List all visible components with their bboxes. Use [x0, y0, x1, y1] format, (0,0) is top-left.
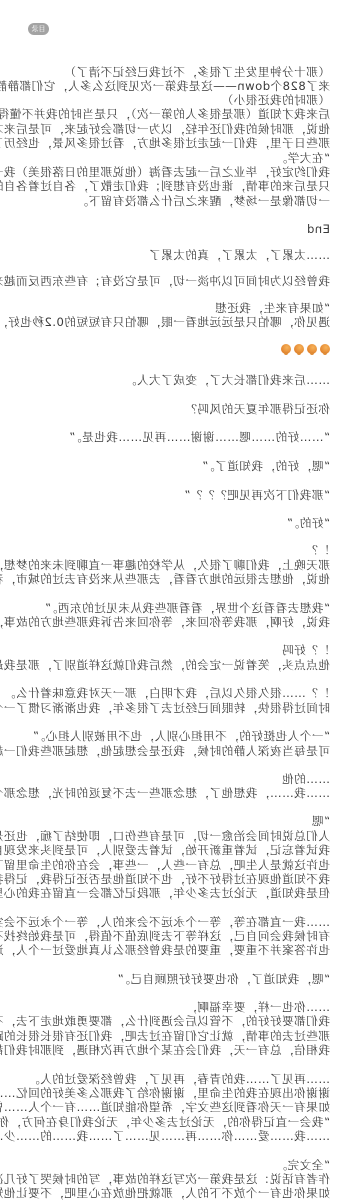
article-line: 人们总说时间会治愈一切，可是有些伤口，即使结了痂，也还是会隐隐作痛。	[0, 830, 330, 843]
article-line: 但是我知道，无论过去多少年，那段记忆都会一直留在我的心里，永远不会忘。	[0, 887, 330, 900]
article-line: “嗯，我知道了，你也要好好照顾自己。”	[117, 973, 330, 986]
article-line: ……后来我们都长大了，变成了大人。	[124, 374, 330, 387]
article-line: ……的他	[282, 773, 330, 786]
article-line: 他点点头，笑着说一定会的，然后我们就这样道别了，那是我最后一次见到他。	[0, 659, 330, 672]
article-line: 遇见你，哪怕只是远远地看一眼，哪怕只有短短的0.2秒也好，我也会很满足。	[0, 316, 330, 329]
article-line: 来了828个down——这是我第一次见到这么多人，它们都静静地排在那。	[0, 80, 330, 93]
article-line: “我会一直记得你的，无论过去多少年，无论我们身在何方，你都在我心里。”	[0, 1116, 330, 1129]
article-line: ……我一直都在等，等一个永远不会来的人，等一个永远不会实现的约定。	[0, 916, 330, 929]
article-line: 时间过得很快，转眼间已经过去了很多年，我也渐渐习惯了一个人的生活方式。	[0, 702, 330, 715]
article-line: （那十分钟里发生了很多，不过我已经记不清了）	[64, 66, 330, 79]
article-line: End	[306, 223, 330, 236]
article-line: 如果有一天你看到这些文字，希望你能知道……有一个人……曾经那样爱过你。	[0, 1101, 330, 1114]
article-line: “好的。”	[287, 517, 331, 530]
article-line: 他说，他想去很远的地方看看，去那些从来没有去过的城市，看看不一样的风景。	[0, 573, 330, 586]
article-line: 如果你也有一个放不下的人，那就把他放在心里吧，不要让他知道，就这样。	[0, 1187, 330, 1200]
article-line: ！？	[306, 544, 330, 557]
orange-emoji-icon	[307, 344, 317, 354]
article-line: ……我……爱……你……再……见……了……我……的……少……年……	[0, 1130, 330, 1143]
article-line: 那些日子里，我们一起走过很多地方，看过很多风景，也经历了很多的事情。	[0, 137, 330, 150]
article-line: 后来我才知道（那是很多人的第一次），只是当时的我并不懂得这些道理。	[0, 108, 330, 121]
article-line: “……好的……嗯……谢谢……再见……我也是。”	[69, 431, 330, 444]
article-line: “我想去看看这个世界，看看那些我从未见过的东西。”	[45, 602, 330, 615]
article-line: “那我们下次再见吧？？？”	[184, 489, 330, 502]
orange-emoji-icon	[281, 344, 291, 354]
article-line: 我们约定好，毕业之后一起去看海（他说那里的日落很美）我一直记得这句话。	[0, 166, 330, 179]
orange-emoji-icon	[294, 344, 304, 354]
mirrored-page: 目录 （那十分钟里发生了很多，不过我已经记不清了）来了828个down——这是我…	[0, 0, 360, 1200]
article-line: 我不知道他现在过得好不好，也不知道他是否还记得我，记得我们的约定。	[0, 873, 330, 886]
article-line: 我相信，总有一天，我们会在某个地方再次相遇，到那时我们都会笑着说你好。	[0, 1044, 330, 1057]
article-line: ……我……，我想他了，想念那些一去不复返的时光，想念那个曾经的自己。	[0, 787, 330, 800]
article-line: “全文完。	[275, 1159, 330, 1172]
article-line: 我们都要好好的，不管以后会遇到什么，都要勇敢地走下去，不要回头看。	[0, 1015, 330, 1028]
article-line: ……你也一样，要幸福啊，	[185, 1001, 330, 1014]
article-line: 可是每当夜深人静的时候，我还是会想起他，想起那些我们一起度过的日子。	[0, 745, 330, 758]
catalog-badge-button[interactable]: 目录	[28, 23, 49, 35]
article-line: “嗯，好的，我知道了。”	[202, 460, 330, 473]
article-line: 谢谢你出现在我的生命里，谢谢你给了我那么多美好的回忆……我会记得。	[0, 1087, 330, 1100]
article-line: “嗯	[311, 815, 330, 828]
article-line: 他说，那时候的我们还年轻，以为一切都会好起来，可是后来才发现并非如此。	[0, 123, 330, 136]
article-line: ……再见了……我的青春，再见了，我曾经深爱过的人。	[28, 1073, 330, 1086]
article-line: 一切都像是一场梦，醒来之后什么都没有留下。	[76, 195, 330, 208]
article-line: “如果有来生，我还想	[215, 302, 330, 315]
article-line: 那些过去的事情，就让它们留在过去吧，我们还有很长很长的路要走呢。	[0, 1030, 330, 1043]
article-line: 也许这就是人生吧，总有一些人，一些事，会在你的生命里留下永远的印记。	[0, 859, 330, 872]
article-line: ！？……很久很久以后，我才明白，那一天对我意味着什么。	[3, 687, 330, 700]
article-line: 你还记得那年夏天的风吗？	[185, 403, 330, 416]
article-line: “一个人也挺好的，不用担心别人，也不用被别人担心。”	[33, 730, 330, 743]
article-line: 我说，好啊，那我等你回来，等你回来告诉我那些地方的故事，我会一直在这里。	[0, 616, 330, 629]
article-line: ……太累了，太累了，真的太累了	[149, 249, 330, 262]
article-line: 作者有话说：这是我第一次写这样的故事，写的时候哭了好几次，希望你们喜欢。	[0, 1173, 330, 1186]
article-line: “在大学。	[275, 152, 330, 165]
article-line: ！？好吗	[282, 644, 330, 657]
article-line: 那天晚上，我们聊了很久，从学校的趣事一直聊到未来的梦想，我们都笑了。	[0, 559, 330, 572]
article-line: 只是后来的事情，谁也没有想到；我们走散了，各自过着各自的生活。	[0, 180, 330, 193]
article-line: 我曾经以为时间可以冲淡一切，可是它没有；有些东西反而越来越清晰了。	[0, 275, 330, 288]
article-line: 有时候我会问自己，这样等下去到底值不值得，可是我始终找不到答案。	[0, 930, 330, 943]
article-line: （那时的我还很小）	[221, 94, 330, 107]
article-line: 我试着忘记，试着重新开始，试着去爱别人，可是到头来发现自己还是放不下。	[0, 844, 330, 857]
emoji-row	[281, 344, 330, 354]
article-line: 也许答案并不重要，重要的是我曾经那么认真地爱过一个人，这就足够了。	[0, 944, 330, 957]
orange-emoji-icon	[320, 344, 330, 354]
